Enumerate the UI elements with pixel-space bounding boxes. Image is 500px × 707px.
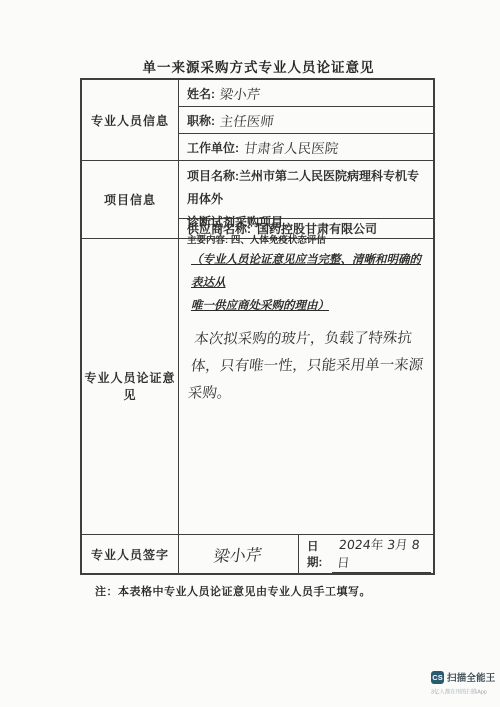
- workplace-label: 工作单位:: [187, 139, 239, 156]
- workplace-field-row: 工作单位: 甘肃省人民医院: [179, 134, 433, 160]
- page-title: 单一来源采购方式专业人员论证意见: [80, 56, 437, 76]
- project-name-line1: 项目名称:兰州市第二人民医院病理科专机专用体外: [187, 165, 425, 211]
- signature-row: 专业人员签字 梁小芹 日期: 2024年 3月 8日: [82, 535, 433, 573]
- project-section-label: 项目信息: [82, 161, 179, 237]
- personnel-info-row: 专业人员信息 姓名: 梁小芹 职称: 主任医师 工作单位: 甘肃省人民医院: [82, 80, 433, 161]
- personnel-section-label: 专业人员信息: [82, 80, 179, 160]
- opinion-row: 专业人员论证意见 （专业人员论证意见应当完整、清晰和明确的表达从 唯一供应商处采…: [82, 239, 433, 535]
- watermark-tagline: 3亿人都在用的扫描App: [431, 687, 489, 695]
- job-title-label: 职称:: [187, 112, 215, 129]
- opinion-instruction-line1: （专业人员论证意见应当完整、清晰和明确的表达从: [191, 249, 423, 295]
- signature-label: 专业人员签字: [82, 535, 179, 573]
- opinion-handwritten-line2: 体，只有唯一性，只能采用单一来源采购。: [186, 352, 424, 407]
- signature-cell: 梁小芹: [179, 535, 299, 573]
- scanned-form-page: 单一来源采购方式专业人员论证意见 专业人员信息 姓名: 梁小芹 职称: 主任医师…: [0, 0, 500, 707]
- workplace-handwritten-value: 甘肃省人民医院: [243, 137, 340, 157]
- verification-form-table: 专业人员信息 姓名: 梁小芹 职称: 主任医师 工作单位: 甘肃省人民医院 项目…: [80, 78, 435, 575]
- footnote: 注：本表格中专业人员论证意见由专业人员手工填写。: [95, 583, 371, 599]
- name-field-row: 姓名: 梁小芹: [179, 80, 433, 107]
- job-title-handwritten-value: 主任医师: [219, 110, 275, 130]
- camscanner-logo-icon: CS: [431, 671, 444, 684]
- watermark-app-name: 扫描全能王: [447, 670, 496, 684]
- personnel-fields: 姓名: 梁小芹 职称: 主任医师 工作单位: 甘肃省人民医院: [179, 80, 433, 160]
- opinion-content-cell: （专业人员论证意见应当完整、清晰和明确的表达从 唯一供应商处采购的理由） 本次拟…: [179, 239, 433, 534]
- supplier-value: 国药控股甘肃有限公司: [257, 220, 377, 237]
- name-label: 姓名:: [187, 85, 215, 102]
- project-info-row: 项目信息 项目名称:兰州市第二人民医院病理科专机专用体外 诊断试剂采购项目 主要…: [82, 161, 433, 238]
- name-handwritten-value: 梁小芹: [219, 83, 262, 103]
- supplier-label: 供应商名称:: [187, 220, 251, 237]
- date-handwritten-value: 2024年 3月 8日: [332, 535, 435, 573]
- project-fields: 项目名称:兰州市第二人民医院病理科专机专用体外 诊断试剂采购项目 主要内容: 四…: [179, 161, 433, 237]
- job-title-field-row: 职称: 主任医师: [179, 107, 433, 134]
- opinion-instruction: （专业人员论证意见应当完整、清晰和明确的表达从 唯一供应商处采购的理由）: [191, 249, 423, 318]
- camscanner-watermark: CS 扫描全能王 3亿人都在用的扫描App: [431, 670, 495, 696]
- opinion-handwritten-text: 本次拟采购的玻片，负载了特殊抗 体，只有唯一性，只能采用单一来源采购。: [186, 325, 428, 407]
- project-name-cell: 项目名称:兰州市第二人民医院病理科专机专用体外 诊断试剂采购项目 主要内容: 四…: [179, 161, 433, 219]
- date-cell: 日期: 2024年 3月 8日: [299, 535, 433, 573]
- date-label: 日期:: [307, 538, 330, 570]
- signature-handwritten-name: 梁小芹: [213, 542, 265, 567]
- watermark-row: CS 扫描全能王: [431, 670, 495, 684]
- opinion-instruction-line2: 唯一供应商处采购的理由）: [191, 295, 423, 318]
- opinion-section-label: 专业人员论证意见: [82, 239, 179, 534]
- project-name-label: 项目名称:: [187, 169, 239, 183]
- opinion-handwritten-line1: 本次拟采购的玻片，负载了特殊抗: [193, 325, 428, 353]
- supplier-cell: 供应商名称: 国药控股甘肃有限公司: [179, 219, 433, 237]
